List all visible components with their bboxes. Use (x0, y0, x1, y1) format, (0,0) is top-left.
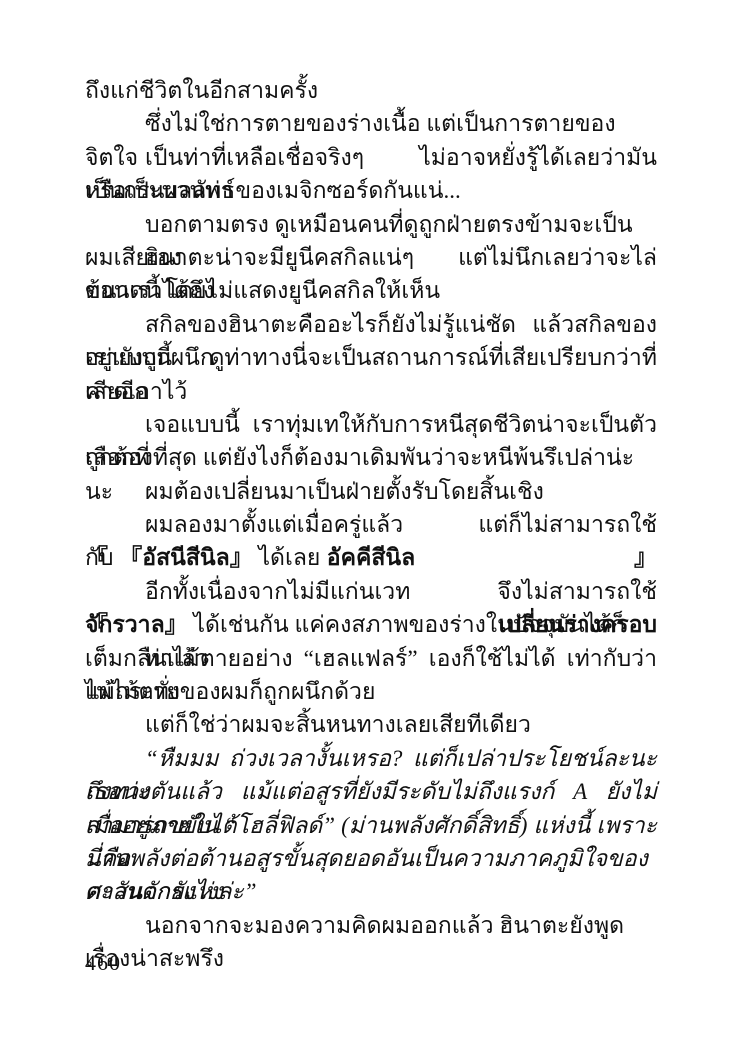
book-page: ถึงแก่ชีวิตในอีกสามครั้งซึ่งไม่ใช่การตาย… (0, 0, 738, 1051)
skill-term: จักรวาล』 (85, 612, 188, 637)
text-segment: แต่ก็ใช่ว่าผมจะสิ้นหนทางเลยเสียทีเดียว (145, 712, 531, 737)
text-line: อีกทั้งเนื่องจากไม่มีแก่นเวท จึงไม่สามาร… (85, 575, 657, 608)
text-line: ท่าไม้ตายอย่าง “เฮลแฟลร์” เองก็ใช้ไม่ได้… (85, 642, 657, 675)
text-line: บอกตามตรง ดูเหมือนคนที่ดูถูกฝ่ายตรงข้ามจ… (85, 208, 657, 241)
text-line: “หืมมม ถ่วงเวลางั้นเหรอ? แต่ก็เปล่าประโย… (85, 742, 657, 775)
text-line: หรือเป็นผลลัพธ์ของเมจิกซอร์ดกันแน่... (85, 174, 657, 207)
text-block: ถึงแก่ชีวิตในอีกสามครั้งซึ่งไม่ใช่การตาย… (85, 74, 657, 942)
text-line: ถึงแก่ชีวิตในอีกสามครั้ง (85, 74, 657, 107)
text-segment: ขนาดนี้ โดยไม่แสดงยูนีคสกิลให้เห็น (85, 278, 440, 303)
skill-term: 『อัสนีสีนิล』 (119, 545, 252, 570)
text-line: ม่านพลังต่อต้านอสูรขั้นสุดยอดอันเป็นความ… (85, 842, 657, 875)
text-segment: ถึงแก่ชีวิตในอีกสามครั้ง (85, 78, 318, 103)
text-line: ตะวันตกยังไงล่ะ” (85, 875, 657, 908)
page-number: 460 (85, 950, 121, 976)
text-line: ถูกต้องที่สุด แต่ยังไงก็ต้องมาเดิมพันว่า… (85, 441, 657, 474)
text-line: นอกจากจะมองความคิดผมออกแล้ว ฮินาตะยังพูด… (85, 909, 657, 942)
text-segment: ไพ่ไม้ตายของผมก็ถูกผนึกด้วย (85, 679, 375, 704)
text-line: อยู่แบบนี้ ดูท่าทางนี่จะเป็นสถานการณ์ที่… (85, 341, 657, 374)
text-line: เจอแบบนี้ เราทุ่มเทให้กับการหนีสุดชีวิตน… (85, 408, 657, 441)
text-segment: ผมต้องเปลี่ยนมาเป็นฝ่ายตั้งรับโดยสิ้นเชิ… (145, 479, 544, 504)
text-segment: เสียอีก (85, 379, 148, 404)
text-line: ถึงทางตันแล้ว แม้แต่อสูรที่ยังมีระดับไม่… (85, 775, 657, 808)
text-line: ขนาดนี้ โดยไม่แสดงยูนีคสกิลให้เห็น (85, 274, 657, 307)
text-segment: หรือเป็นผลลัพธ์ของเมจิกซอร์ดกันแน่... (85, 178, 461, 203)
text-line: เป็นท่าที่เหลือเชื่อจริงๆ ไม่อาจหยั่งรู้… (85, 141, 657, 174)
text-segment: ตะวันตกยังไงล่ะ” (85, 879, 257, 904)
text-line: แต่ก็ใช่ว่าผมจะสิ้นหนทางเลยเสียทีเดียว (85, 708, 657, 741)
text-segment: ได้เลย (253, 545, 321, 570)
text-segment: อีกทั้งเนื่องจากไม่มีแก่นเวท จึงไม่สามาร… (145, 579, 657, 604)
text-line: สกิลของฮินาตะคืออะไรก็ยังไม่รู้แน่ชัด แล… (85, 308, 657, 341)
text-segment: นอกจากจะมองความคิดผมออกแล้ว ฮินาตะยังพูด… (85, 913, 624, 971)
text-line: ผมลองมาตั้งแต่เมื่อครู่แล้ว แต่ก็ไม่สามา… (85, 508, 657, 541)
text-segment: กับ (85, 545, 119, 570)
text-line: ซึ่งไม่ใช่การตายของร่างเนื้อ แต่เป็นการต… (85, 107, 657, 140)
text-line: ผมต้องเปลี่ยนมาเป็นฝ่ายตั้งรับโดยสิ้นเชิ… (85, 475, 657, 508)
text-line: เมื่ออยู่ภายใน “โฮลี่ฟิลด์” (ม่านพลังศัก… (85, 809, 657, 842)
text-segment: ผมลองมาตั้งแต่เมื่อครู่แล้ว แต่ก็ไม่สามา… (145, 512, 657, 537)
text-line: ไพ่ไม้ตายของผมก็ถูกผนึกด้วย (85, 675, 657, 708)
text-line: จักรวาล』 ได้เช่นกัน แค่คงสภาพของร่างในปั… (85, 608, 657, 641)
text-line: ฮินาตะน่าจะมียูนีคสกิลแน่ๆ แต่ไม่นึกเลยว… (85, 241, 657, 274)
